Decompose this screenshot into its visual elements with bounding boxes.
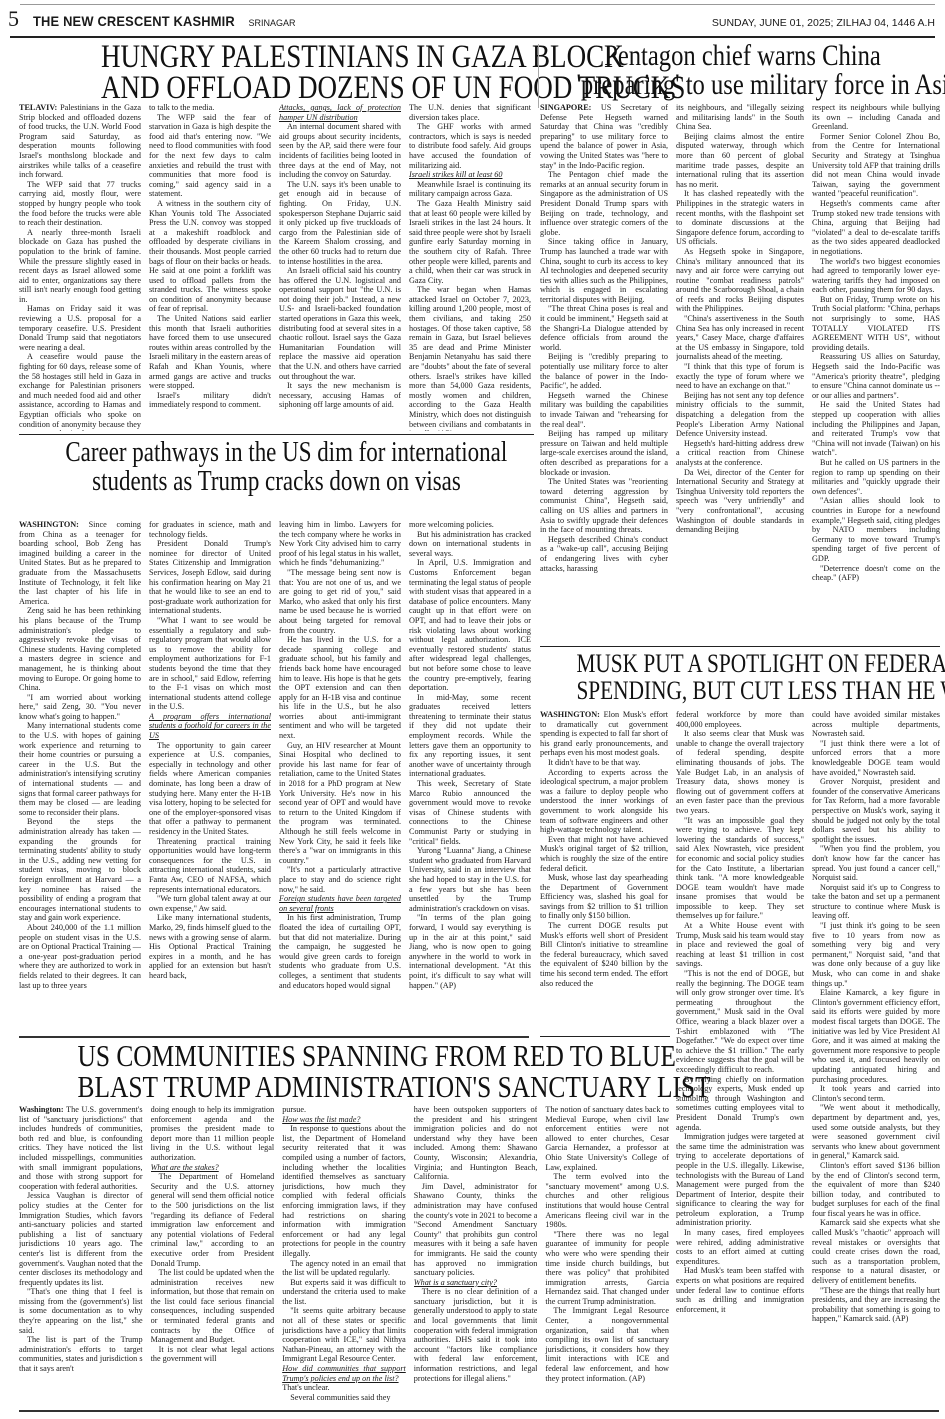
paragraph: "It's not a particularly attractive plac… — [279, 865, 401, 894]
article-sanctuary-body: Washington: The U.S. government's list o… — [19, 1105, 669, 1405]
paragraph: The notion of sanctuary dates back to Me… — [545, 1105, 669, 1172]
article-column: The notion of sanctuary dates back to Me… — [545, 1105, 669, 1405]
article-column: its neighbours, and "illegally seizing a… — [676, 103, 804, 643]
top-rule — [20, 4, 935, 5]
article-column: pursue.How was the list made?In response… — [282, 1105, 406, 1405]
paragraph: Beyond the steps the administration alre… — [19, 817, 141, 923]
paragraph: "This is not the end of DOGE, but really… — [676, 969, 804, 1075]
article-column: The U.N. denies that significant diversi… — [409, 103, 531, 431]
paragraph: Musk, whose last day spearheading the De… — [540, 873, 668, 921]
paragraph: Hegseth's hard-hitting address drew a cr… — [676, 439, 804, 468]
paragraph: Norquist said it's up to Congress to tak… — [812, 883, 940, 921]
subheading: Attacks, gangs, lack of protection hampe… — [279, 103, 401, 122]
paragraph: In his first administration, Trump float… — [279, 913, 401, 990]
paragraph: The U.N. denies that significant diversi… — [409, 103, 531, 122]
lead-paragraph: SINGAPORE: US Secretary of Defense Pete … — [540, 103, 668, 170]
article-column: Washington: The U.S. government's list o… — [19, 1105, 143, 1405]
paragraph: A witness in the southern city of Khan Y… — [149, 199, 271, 314]
paragraph: At a White House event with Trump, Musk … — [676, 921, 804, 969]
article-column: federal workforce by more than 400,000 e… — [676, 710, 804, 1400]
paragraph: Clinton's effort saved $136 billion by t… — [812, 1161, 940, 1219]
paragraph: "Deterrence doesn't come on the cheap." … — [812, 564, 940, 583]
paragraph: Jessica Vaughan is director of policy st… — [19, 1191, 143, 1287]
paragraph: "These are the things that really hurt p… — [812, 1286, 940, 1324]
paragraph: Hamas on Friday said it was reviewing a … — [19, 304, 141, 352]
paragraph: Yurong "Luanna" Jiang, a Chinese student… — [409, 846, 531, 913]
article-dateline: WASHINGTON: — [19, 520, 79, 529]
headline-line: Pentagon chief warns China — [576, 42, 908, 71]
paragraph: Threatening practical training opportuni… — [149, 837, 271, 895]
paragraph: "I just think there were a lot of unforc… — [812, 739, 940, 777]
paragraph: In response to questions about the list,… — [282, 1124, 406, 1258]
subheading: How was the list made? — [282, 1115, 406, 1125]
masthead-rule — [10, 36, 935, 38]
paragraph: "Asian allies should look to countries i… — [812, 496, 940, 563]
paragraph: to talk to the media. — [149, 103, 271, 113]
paragraph: "When you find the problem, you don't kn… — [812, 844, 940, 882]
paragraph: It took years and carried into Clinton's… — [812, 1084, 940, 1103]
paragraph: But experts said it was difficult to und… — [282, 1278, 406, 1307]
paragraph: The GHF works with armed contractors, wh… — [409, 122, 531, 170]
paragraph-text: The U.S. government's list of "sanctuary… — [19, 1105, 143, 1191]
paragraph: "It seems quite arbitrary because not al… — [282, 1306, 406, 1364]
paragraph: its neighbours, and "illegally seizing a… — [676, 103, 804, 132]
paragraph: That's unclear. — [282, 1383, 406, 1393]
article-column: WASHINGTON: Since coming from China as a… — [19, 520, 141, 1030]
paragraph: Reassuring US allies on Saturday, Hegset… — [812, 352, 940, 400]
paragraph: He has lived in the U.S. for a decade sp… — [279, 635, 401, 741]
article-column: to talk to the media.The WFP said the fe… — [149, 103, 271, 431]
article-dateline: WASHINGTON: — [540, 710, 600, 719]
paragraph: leaving him in limbo. Lawyers for the te… — [279, 520, 401, 568]
paragraph: Beijing is "credibly preparing to potent… — [540, 352, 668, 390]
edition-city: SRINAGAR — [248, 18, 295, 28]
subheading: A program offers international students … — [149, 712, 271, 741]
headline-line: Career pathways in the US dim for intern… — [65, 438, 487, 467]
headline-line: BLAST TRUMP ADMINISTRATION'S SANCTUARY L… — [78, 1071, 611, 1102]
headline-line: US COMMUNITIES SPANNING FROM RED TO BLUE — [78, 1040, 611, 1071]
newspaper-name: THE NEW CRESCENT KASHMIR — [33, 13, 235, 29]
article-column: respect its neighbours while bullying it… — [812, 103, 940, 643]
paragraph: Da Wei, director of the Center for Inter… — [676, 468, 804, 535]
paragraph: The list is part of the Trump administra… — [19, 1335, 143, 1373]
headline-line: MUSK PUT A SPOTLIGHT ON FEDERAL — [576, 650, 908, 677]
paragraph: Grover Norquist, president and founder o… — [812, 777, 940, 844]
paragraph: As Hegseth spoke in Singapore, China's m… — [676, 247, 804, 314]
article-career-headline: Career pathways in the US dim for intern… — [19, 438, 534, 497]
paragraph: respect its neighbours while bullying it… — [812, 103, 940, 132]
paragraph: Elaine Kamarck, a key figure in Clinton'… — [812, 988, 940, 1084]
paragraph: "The threat China poses is real and it c… — [540, 304, 668, 352]
paragraph-text: Palestinians in the Gaza Strip blocked a… — [19, 103, 141, 179]
headline-line: students as Trump cracks down on visas — [65, 467, 487, 496]
paragraph: The United States was "reorienting towar… — [540, 477, 668, 535]
article-pentagon-body: SINGAPORE: US Secretary of Defense Pete … — [540, 103, 940, 643]
article-dateline: Washington: — [19, 1105, 64, 1114]
lead-paragraph: TELAVIV: Palestinians in the Gaza Strip … — [19, 103, 141, 180]
paragraph: The current DOGE results put Musk's effo… — [540, 921, 668, 988]
article-sanctuary-headline: US COMMUNITIES SPANNING FROM RED TO BLUE… — [19, 1040, 669, 1102]
headline-line: SPENDING, BUT CUT LESS THAN HE WANTED — [576, 677, 908, 704]
paragraph: There is no clear definition of a sanctu… — [414, 1287, 538, 1383]
paragraph: In April, U.S. Immigration and Customs E… — [409, 558, 531, 692]
paragraph: This week, Secretary of State Marco Rubi… — [409, 779, 531, 846]
paragraph: Hegseth's comments came after Trump stok… — [812, 199, 940, 257]
paragraph: Former Senior Colonel Zhou Bo, from the … — [812, 132, 940, 199]
paragraph: Guy, an HIV researcher at Mount Sinai Ho… — [279, 741, 401, 866]
paragraph: Beijing has ramped up military pressure … — [540, 429, 668, 477]
paragraph: The agency noted in an email that the li… — [282, 1259, 406, 1278]
paragraph: The war began when Hamas attacked Israel… — [409, 285, 531, 431]
paragraph: Many international students come to the … — [19, 721, 141, 817]
paragraph: "The message being sent now is that: You… — [279, 568, 401, 635]
paragraph: An internal document shared with aid gro… — [279, 122, 401, 180]
paragraph: "We turn global talent away at our own e… — [149, 894, 271, 913]
subheading: Israeli strikes kill at least 60 — [409, 170, 531, 180]
subheading: What are the stakes? — [151, 1163, 275, 1173]
paragraph: About 240,000 of the 1.1 million people … — [19, 923, 141, 990]
article-column: doing enough to help its immigration enf… — [151, 1105, 275, 1405]
paragraph: Hegseth warned the Chinese military was … — [540, 391, 668, 429]
paragraph: In mid-May, some recent graduates receiv… — [409, 693, 531, 779]
paragraph: Israel's military didn't immediately res… — [149, 391, 271, 410]
article-column: leaving him in limbo. Lawyers for the te… — [279, 520, 401, 1030]
column-divider — [538, 44, 539, 108]
paragraph: A nearly three-month Israeli blockade on… — [19, 228, 141, 305]
paragraph-text: US Secretary of Defense Pete Hegseth war… — [540, 103, 668, 170]
paragraph: The Gaza Health Ministry said that at le… — [409, 199, 531, 285]
paragraph: An Israeli official said his country has… — [279, 266, 401, 381]
paragraph: The Department of Homeland Security and … — [151, 1172, 275, 1268]
article-column: could have avoided similar mistakes acro… — [812, 710, 940, 1400]
paragraph: doing enough to help its immigration enf… — [151, 1105, 275, 1163]
paragraph: Even that might not have achieved Musk's… — [540, 835, 668, 873]
paragraph: "I am worried about working here," said … — [19, 693, 141, 722]
section-rule — [540, 1036, 670, 1037]
paragraph: But his administration has cracked down … — [409, 530, 531, 559]
paragraph: for graduates in science, math and techn… — [149, 520, 271, 539]
paragraph: "There there was no legal guarantee of i… — [545, 1230, 669, 1307]
paragraph: The list could be updated when the admin… — [151, 1268, 275, 1345]
paragraph: But he called on US partners in the regi… — [812, 458, 940, 496]
lead-paragraph: WASHINGTON: Since coming from China as a… — [19, 520, 141, 606]
paragraph: Immigration judges were targeted at the … — [676, 1132, 804, 1228]
paragraph: It is not clear what legal actions the g… — [151, 1345, 275, 1364]
paragraph: "I think that this type of forum is exac… — [676, 362, 804, 391]
paragraph: Meanwhile Israel is continuing its milit… — [409, 180, 531, 199]
paragraph: Like many international students, Marko,… — [149, 913, 271, 980]
paragraph: federal workforce by more than 400,000 e… — [676, 710, 804, 729]
paragraph: Jim Davel, administrator for Shawano Cou… — [414, 1182, 538, 1278]
paragraph: have been outspoken supporters of the pr… — [414, 1105, 538, 1182]
article-column: more welcoming policies.But his administ… — [409, 520, 531, 1030]
article-dateline: SINGAPORE: — [540, 103, 591, 112]
headline-line: AND OFFLOAD DOZENS OF UN FOOD TRUCKS — [101, 73, 493, 104]
article-musk-headline: MUSK PUT A SPOTLIGHT ON FEDERAL SPENDING… — [540, 650, 945, 705]
paragraph: "I just think it's going to be seen five… — [812, 921, 940, 988]
article-gaza-body: TELAVIV: Palestinians in the Gaza Strip … — [19, 103, 531, 431]
subheading: How did communities that support Trump's… — [282, 1364, 406, 1383]
lead-paragraph: WASHINGTON: Elon Musk's effort to dramat… — [540, 710, 668, 758]
paragraph: The Pentagon chief made the remarks at a… — [540, 170, 668, 237]
paragraph: Since taking office in January, Trump ha… — [540, 237, 668, 304]
article-column: for graduates in science, math and techn… — [149, 520, 271, 1030]
masthead: 5 THE NEW CRESCENT KASHMIR SRINAGAR SUND… — [8, 8, 935, 30]
paragraph: "China's assertiveness in the South Chin… — [676, 314, 804, 362]
article-column: TELAVIV: Palestinians in the Gaza Strip … — [19, 103, 141, 431]
paragraph: Had Musk's team been staffed with expert… — [676, 1266, 804, 1314]
paragraph: Kamarck said she expects what she called… — [812, 1218, 940, 1285]
article-career-body: WASHINGTON: Since coming from China as a… — [19, 520, 531, 1030]
paragraph: President Donald Trump's nominee for dir… — [149, 539, 271, 616]
paragraph: A ceasefire would pause the fighting for… — [19, 352, 141, 431]
paragraph: He said the United States had stepped up… — [812, 400, 940, 458]
section-rule — [540, 646, 940, 647]
paragraph: The Immigrant Legal Resource Center, a n… — [545, 1306, 669, 1383]
paragraph: It says the new mechanism is necessary, … — [279, 381, 401, 410]
paragraph: It also seems clear that Musk was unable… — [676, 729, 804, 815]
paragraph: more welcoming policies. — [409, 520, 531, 530]
paragraph: "We went about it methodically, departme… — [812, 1103, 940, 1161]
paragraph: The world's two biggest economies had ag… — [812, 257, 940, 295]
paragraph: It didn't have to be that way. — [540, 758, 668, 768]
paragraph: The WFP said the fear of starvation in G… — [149, 113, 271, 199]
paragraph: "In terms of the plan going forward, I w… — [409, 913, 531, 990]
paragraph: The opportunity to gain career experienc… — [149, 741, 271, 837]
subheading: Foreign students have been targeted on s… — [279, 894, 401, 913]
page-number: 5 — [8, 8, 19, 30]
article-column: have been outspoken supporters of the pr… — [414, 1105, 538, 1405]
paragraph: According to experts across the ideologi… — [540, 768, 668, 835]
paragraph: Beijing claims almost the entire dispute… — [676, 132, 804, 190]
paragraph: Several communities said they — [282, 1393, 406, 1403]
paragraph: The United Nations said earlier this mon… — [149, 314, 271, 391]
headline-line: 'preparing' to use military force in Asi… — [576, 71, 908, 100]
paragraph: It has clashed repeatedly with the Phili… — [676, 189, 804, 247]
paragraph: "That's one thing that I feel is missing… — [19, 1287, 143, 1335]
section-rule — [19, 434, 534, 435]
paragraph: Beijing has not sent any top defence min… — [676, 391, 804, 439]
article-column: Attacks, gangs, lack of protection hampe… — [279, 103, 401, 431]
paragraph: "It was an impossible goal they were try… — [676, 816, 804, 922]
paragraph: The WFP said that 77 trucks carrying aid… — [19, 180, 141, 228]
paragraph-text: Since coming from China as a teenager fo… — [19, 520, 141, 606]
article-dateline: TELAVIV: — [19, 103, 57, 112]
paragraph: The U.N. says it's been unable to get en… — [279, 180, 401, 266]
paragraph: Hegseth described China's conduct as a "… — [540, 535, 668, 573]
article-gaza-headline: HUNGRY PALESTINIANS IN GAZA BLOCK AND OF… — [58, 42, 536, 105]
headline-line: HUNGRY PALESTINIANS IN GAZA BLOCK — [101, 42, 493, 73]
paragraph: "What I want to see would be essentially… — [149, 616, 271, 712]
issue-date: SUNDAY, JUNE 01, 2025; ZILHAJ 04, 1446 A… — [712, 17, 935, 29]
bottom-rule — [19, 1410, 939, 1412]
paragraph: The term evolved into the "sanctuary mov… — [545, 1172, 669, 1230]
lead-paragraph: Washington: The U.S. government's list o… — [19, 1105, 143, 1191]
paragraph: But on Friday, Trump wrote on his Truth … — [812, 295, 940, 353]
paragraph: could have avoided similar mistakes acro… — [812, 710, 940, 739]
paragraph: Zeng said he has been rethinking his pla… — [19, 606, 141, 692]
paragraph: pursue. — [282, 1105, 406, 1115]
paragraph: In many cases, fired employees were rehi… — [676, 1228, 804, 1266]
article-column: WASHINGTON: Elon Musk's effort to dramat… — [540, 710, 668, 1032]
article-pentagon-headline: Pentagon chief warns China 'preparing' t… — [540, 42, 945, 99]
subheading: What is a sanctuary city? — [414, 1278, 538, 1288]
article-column: SINGAPORE: US Secretary of Defense Pete … — [540, 103, 668, 643]
